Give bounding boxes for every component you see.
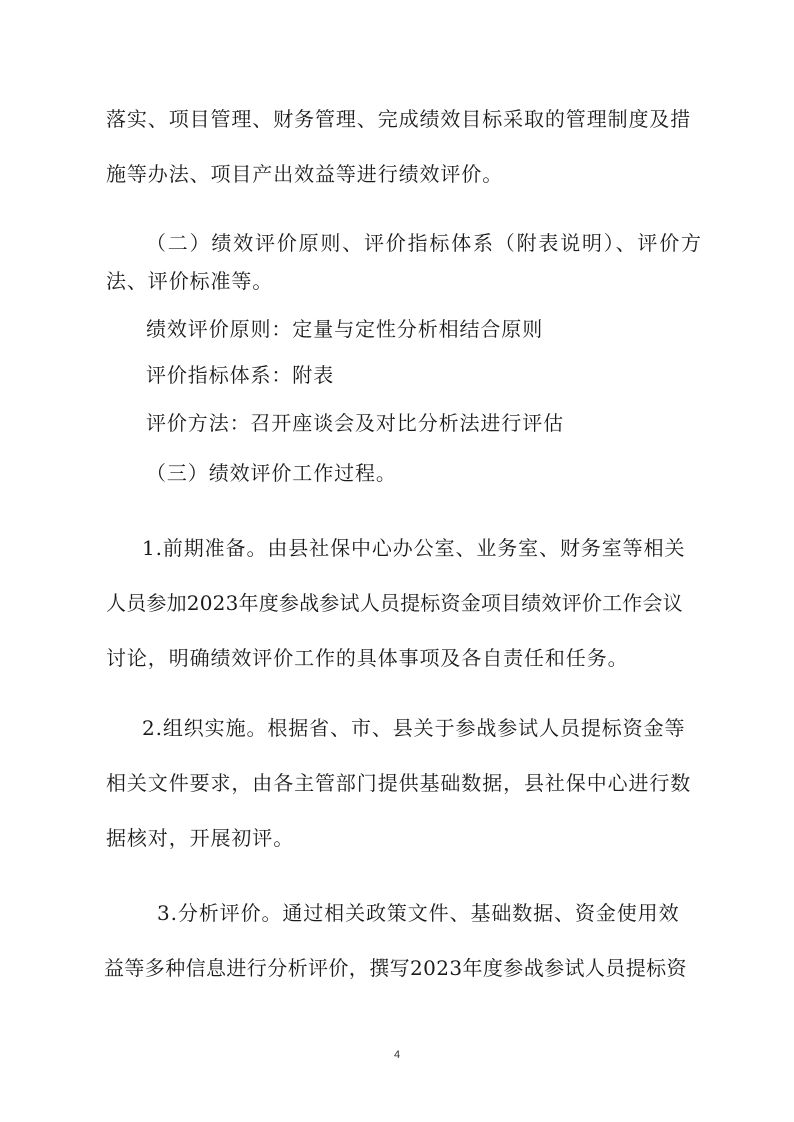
section-heading-2-cont: 法、评价标准等。 xyxy=(106,268,273,294)
step-2-line: 2.组织实施。根据省、市、县关于参战参试人员提标资金等 xyxy=(142,715,685,741)
document-page: 落实、项目管理、财务管理、完成绩效目标采取的管理制度及措 施等办法、项目产出效益… xyxy=(0,0,794,1122)
section-heading-3: （三）绩效评价工作过程。 xyxy=(146,460,397,486)
step-2-line: 相关文件要求，由各主管部门提供基础数据，县社保中心进行数 xyxy=(106,770,691,796)
page-number: 4 xyxy=(0,1049,794,1061)
section-heading-2: （二）绩效评价原则、评价指标体系（附表说明）、评价方 xyxy=(146,230,703,256)
evaluation-method: 评价方法：召开座谈会及对比分析法进行评估 xyxy=(146,410,564,436)
step-1-line: 讨论，明确绩效评价工作的具体事项及各自责任和任务。 xyxy=(106,645,629,671)
indicator-system: 评价指标体系：附表 xyxy=(146,362,334,388)
step-3-line: 益等多种信息进行分析评价，撰写2023年度参战参试人员提标资 xyxy=(104,955,687,981)
paragraph-line: 施等办法、项目产出效益等进行绩效评价。 xyxy=(106,161,503,187)
step-1-line: 人员参加2023年度参战参试人员提标资金项目绩效评价工作会议 xyxy=(106,590,683,616)
paragraph-line: 落实、项目管理、财务管理、完成绩效目标采取的管理制度及措 xyxy=(106,106,691,132)
evaluation-principle: 绩效评价原则：定量与定性分析相结合原则 xyxy=(146,316,543,342)
step-3-line: 3.分析评价。通过相关政策文件、基础数据、资金使用效 xyxy=(157,900,679,926)
step-2-line: 据核对，开展初评。 xyxy=(106,825,294,851)
step-1-line: 1.前期准备。由县社保中心办公室、业务室、财务室等相关 xyxy=(142,535,685,561)
